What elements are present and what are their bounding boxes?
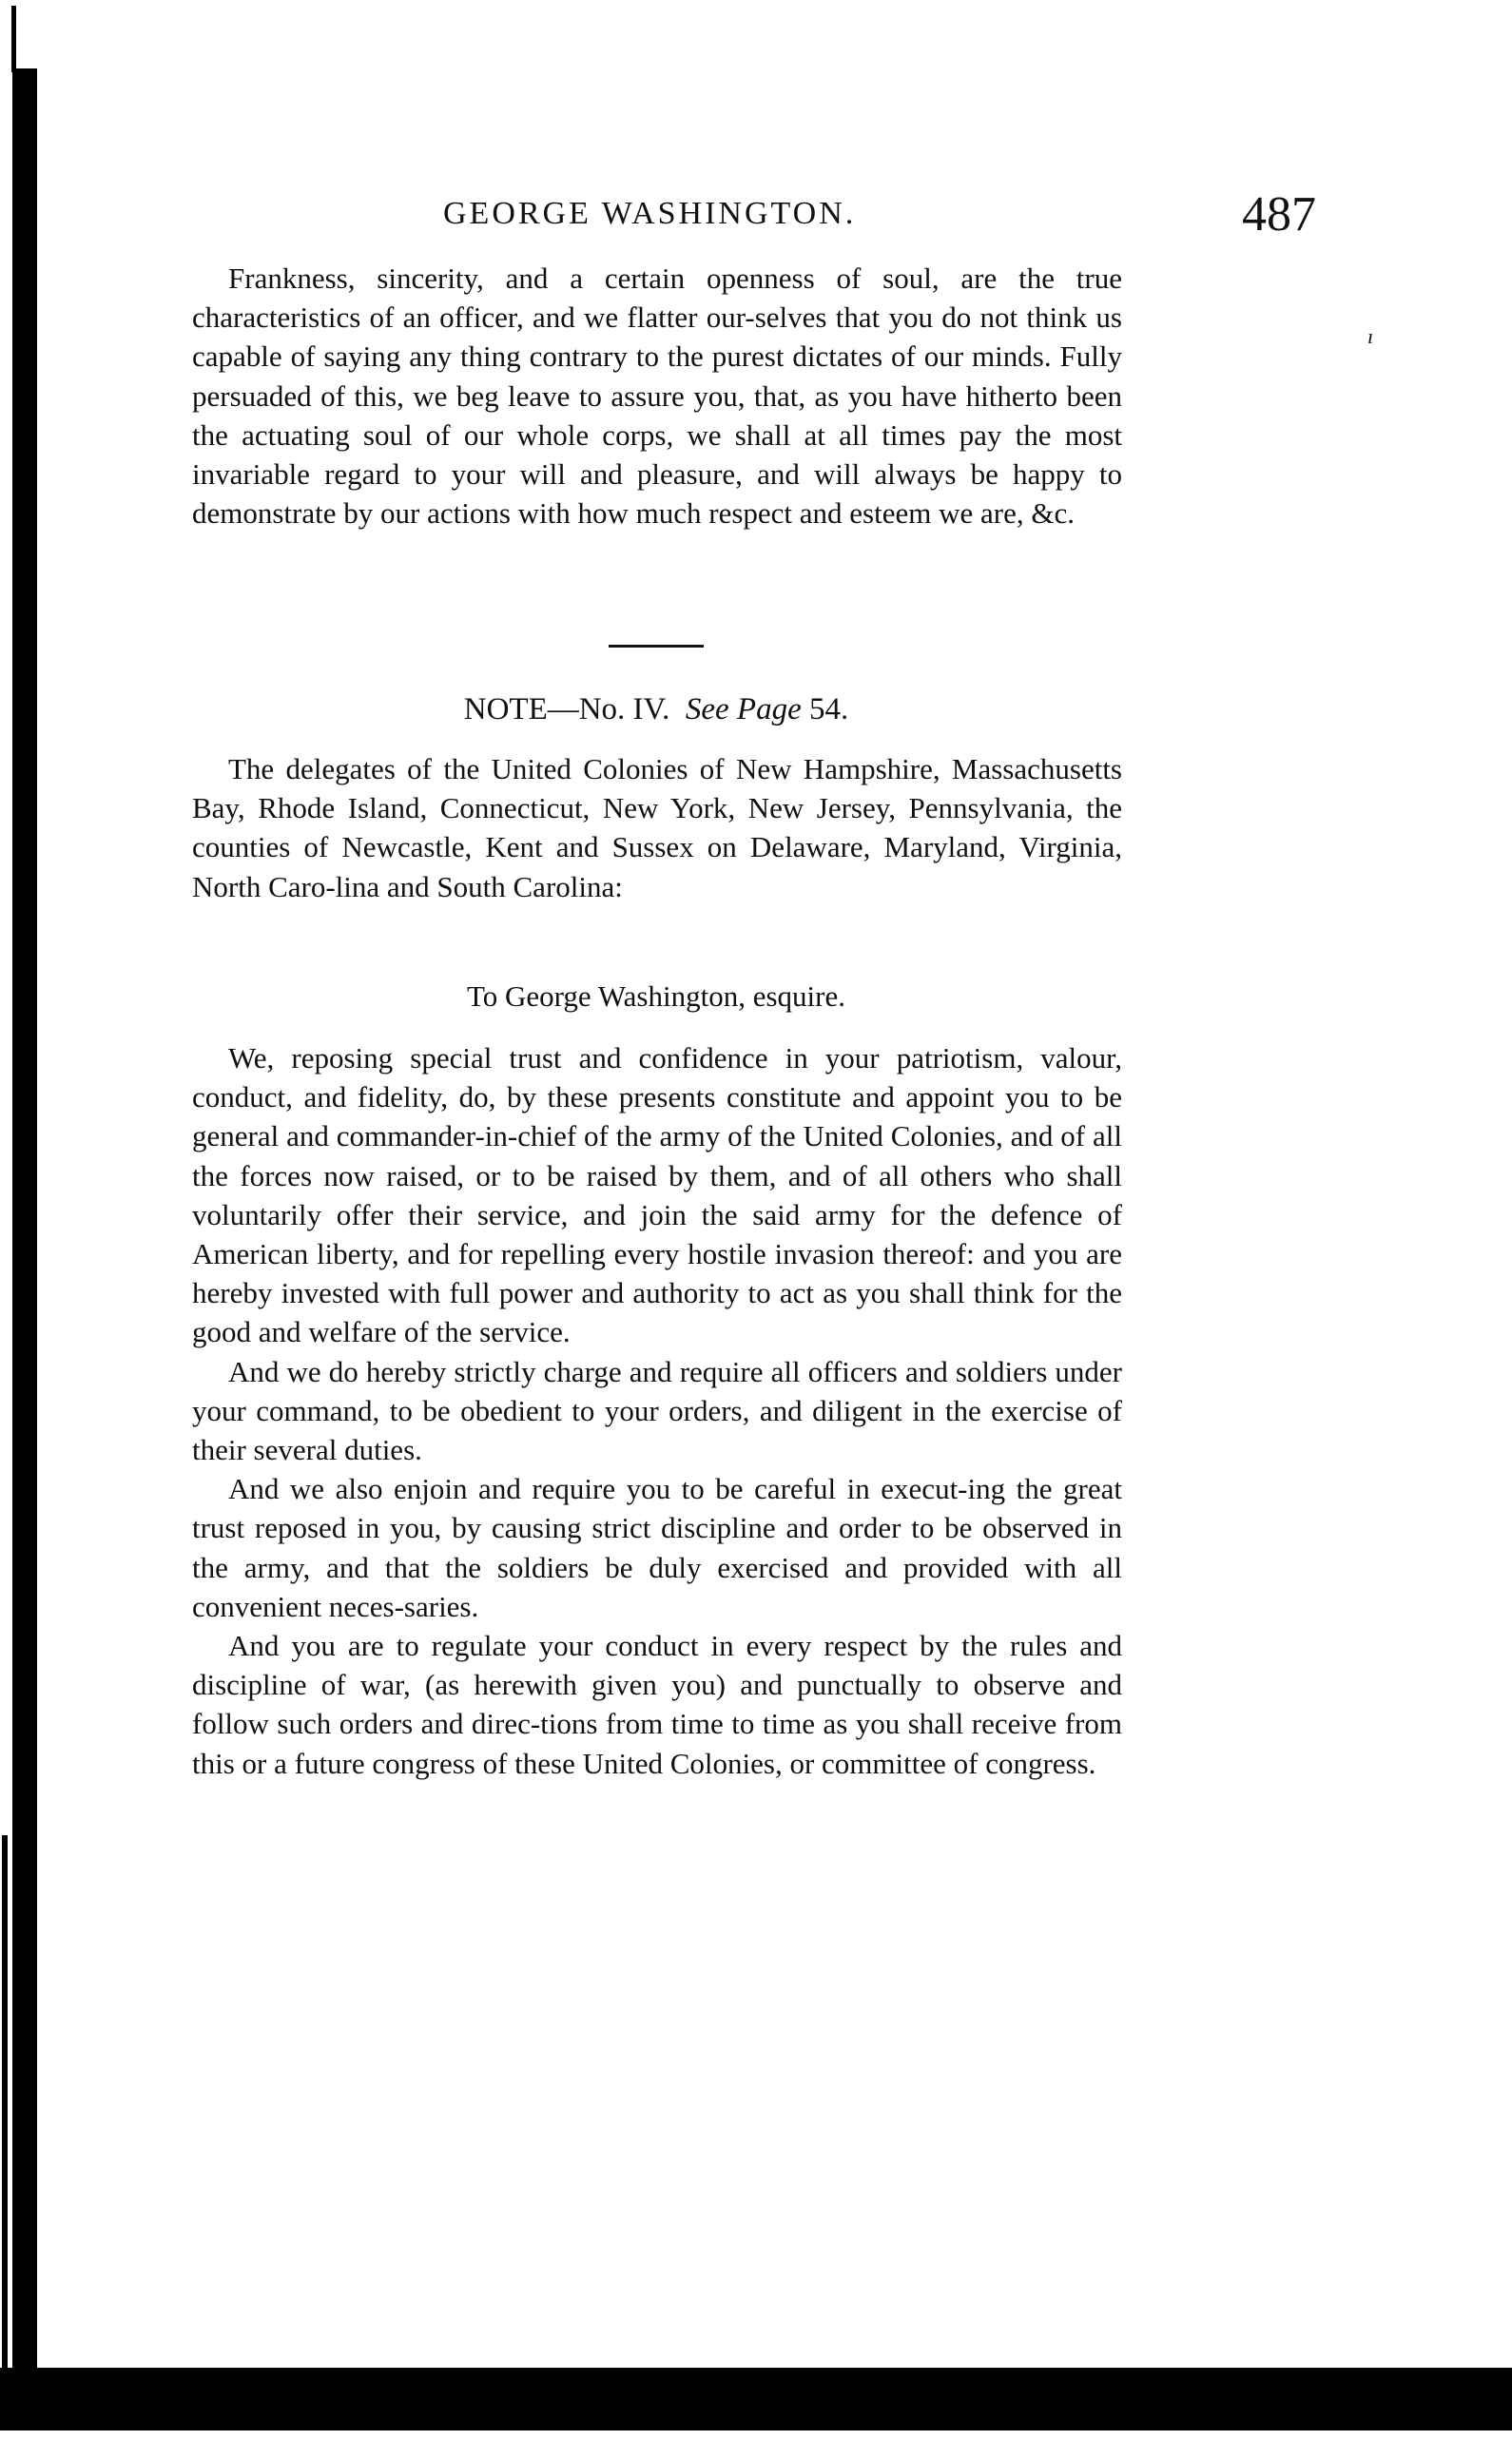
- margin-mark: ı: [1367, 324, 1373, 349]
- addressee-text: To George Washington, esquire.: [467, 979, 845, 1013]
- body-paragraph: And we do hereby strictly charge and req…: [192, 1352, 1122, 1470]
- page-number: 487: [1242, 186, 1316, 242]
- body-paragraph: We, reposing special trust and confidenc…: [192, 1038, 1122, 1352]
- addressee-line: To George Washington, esquire.: [0, 979, 1512, 1014]
- intro-paragraph: The delegates of the United Colonies of …: [192, 749, 1122, 906]
- note-heading-reference: See Page: [686, 692, 802, 726]
- commission-text: We, reposing special trust and confidenc…: [192, 1038, 1122, 1783]
- note-heading-title: NOTE—No. IV.: [464, 692, 670, 726]
- note-heading-page: 54.: [809, 692, 848, 726]
- body-paragraph: And you are to regulate your conduct in …: [192, 1626, 1122, 1783]
- body-paragraph: And we also enjoin and require you to be…: [192, 1469, 1122, 1626]
- binding-edge-shadow: [11, 6, 16, 72]
- binding-edge-shadow: [2, 1835, 8, 2387]
- opening-passage: Frankness, sincerity, and a certain open…: [192, 259, 1122, 533]
- section-divider: [609, 645, 704, 648]
- body-paragraph: Frankness, sincerity, and a certain open…: [192, 259, 1122, 533]
- binding-edge-shadow: [12, 68, 37, 2389]
- running-header: GEORGE WASHINGTON.: [443, 196, 919, 232]
- scan-bottom-border: [0, 2368, 1512, 2430]
- note-heading: NOTE—No. IV. See Page 54.: [0, 692, 1512, 727]
- note-intro: The delegates of the United Colonies of …: [192, 749, 1122, 906]
